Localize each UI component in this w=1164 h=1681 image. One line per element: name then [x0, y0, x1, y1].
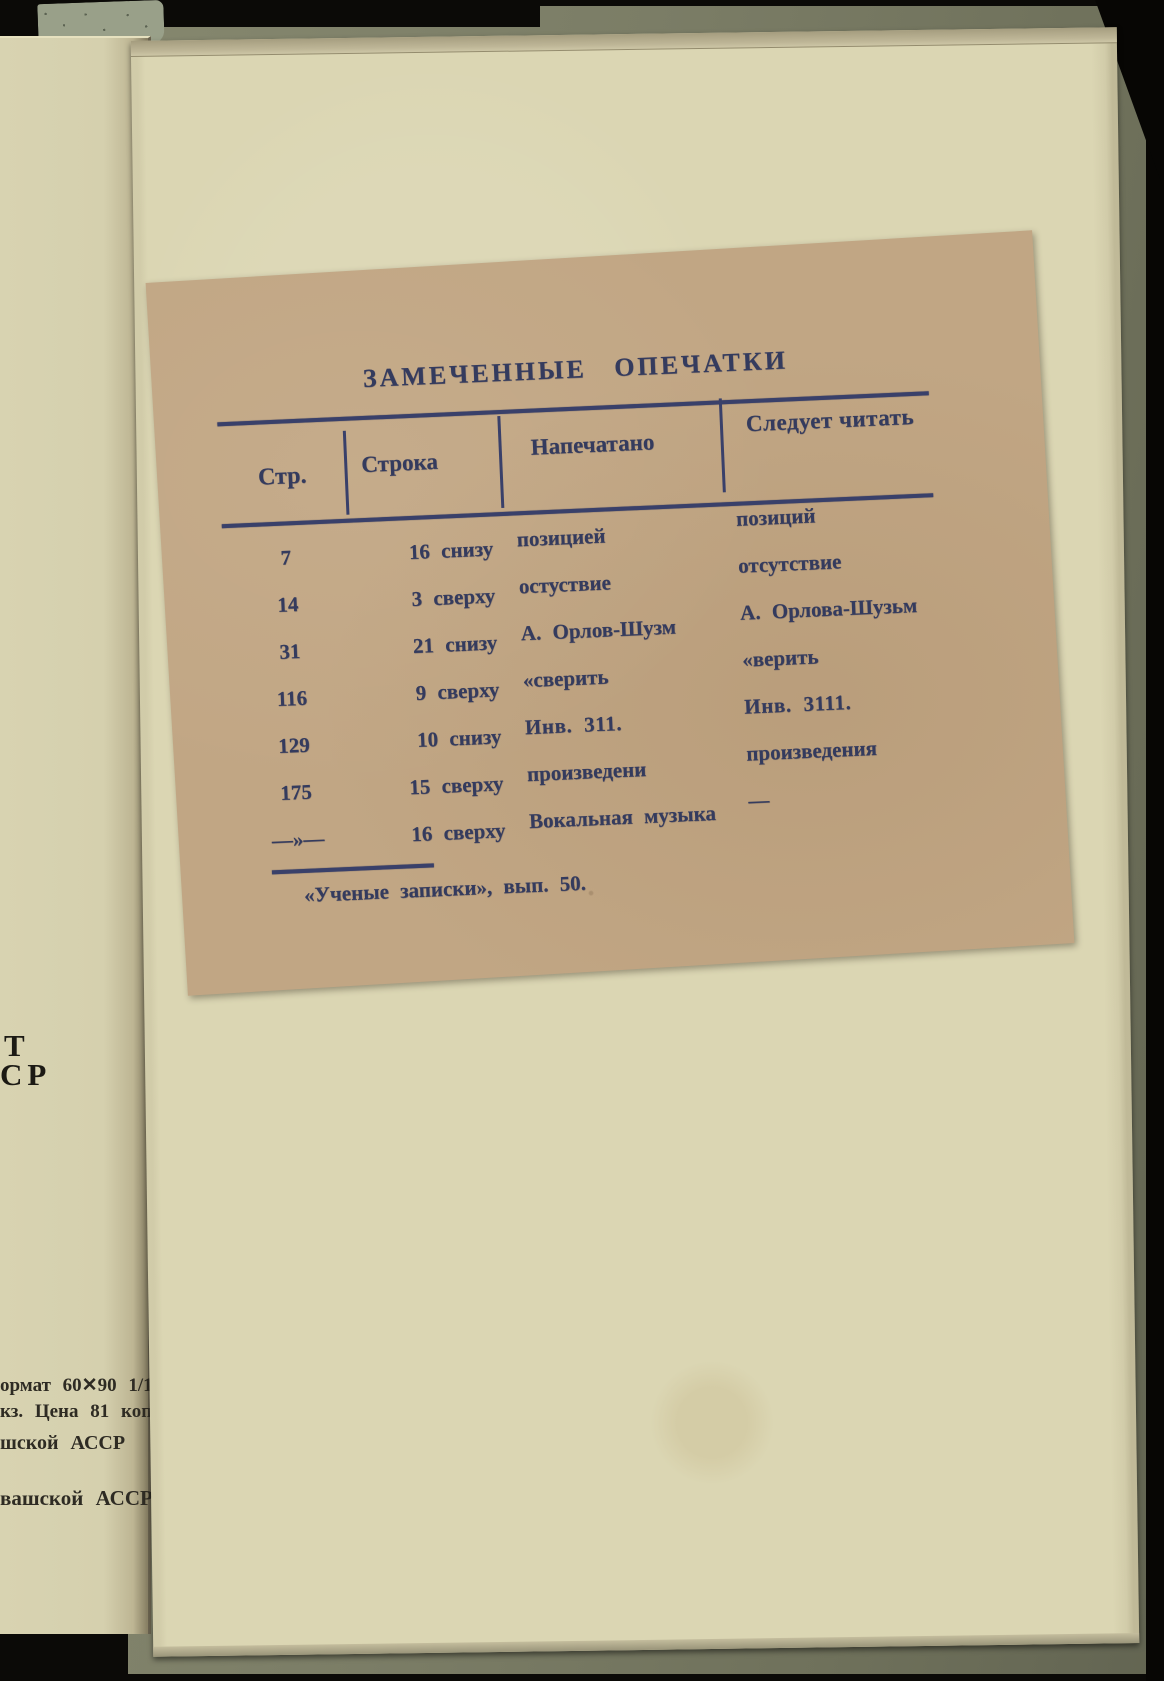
table-cell-r2-c2: 3 сверху — [350, 583, 507, 637]
table-cell-r4-c2: 9 сверху — [354, 677, 511, 731]
left-page-fragment-sr: СР — [0, 1057, 51, 1093]
table-cell-r4-c1: 116 — [229, 684, 356, 736]
colophon-line-4: вашской АССР — [0, 1486, 153, 1511]
errata-slip: ЗАМЕЧЕННЫЕ ОПЕЧАТКИ Стр. Строка Напечата… — [146, 230, 1075, 995]
table-cell-r7-c2: 16 сверху — [360, 818, 517, 872]
series-footnote: «Ученые записки», вып. 50. — [303, 871, 586, 908]
table-cell-r1-c1: 7 — [223, 543, 350, 595]
column-separator-2 — [497, 416, 504, 508]
errata-slip-print: ЗАМЕЧЕННЫЕ ОПЕЧАТКИ Стр. Строка Напечата… — [151, 238, 1069, 990]
errata-table-body: 716 снизупозициейпозиций143 сверхуостуст… — [223, 512, 1057, 876]
column-header-line: Строка — [361, 449, 439, 478]
column-header-should-read: Следует читать — [745, 404, 914, 437]
table-cell-r2-c1: 14 — [225, 590, 352, 642]
table-cell-r5-c2: 10 снизу — [356, 724, 513, 778]
colophon-line-2: кз. Цена 81 коп. — [0, 1401, 157, 1423]
colophon-line-3: шской АССР — [0, 1432, 125, 1455]
table-cell-r1-c2: 16 снизу — [348, 536, 505, 590]
table-cell-r3-c2: 21 снизу — [352, 630, 509, 684]
left-page-sliver: Т СР ормат 60✕90 1/1кз. Цена 81 коп.шско… — [0, 36, 151, 1634]
table-cell-r6-c2: 15 сверху — [358, 771, 515, 825]
table-cell-r7-c3: Вокальная музыка — [515, 800, 739, 857]
column-header-page: Стр. — [219, 461, 345, 493]
table-cell-r3-c1: 31 — [227, 637, 354, 689]
table-cell-r6-c1: 175 — [233, 778, 360, 830]
colophon-line-1: ормат 60✕90 1/1 — [0, 1374, 153, 1397]
column-separator-3 — [719, 398, 726, 492]
table-cell-r5-c1: 129 — [231, 731, 358, 783]
book-scan: Т СР ормат 60✕90 1/1кз. Цена 81 коп.шско… — [0, 0, 1164, 1681]
column-header-printed: Напечатано — [530, 429, 655, 460]
right-edge-shadow — [1146, 0, 1164, 1681]
